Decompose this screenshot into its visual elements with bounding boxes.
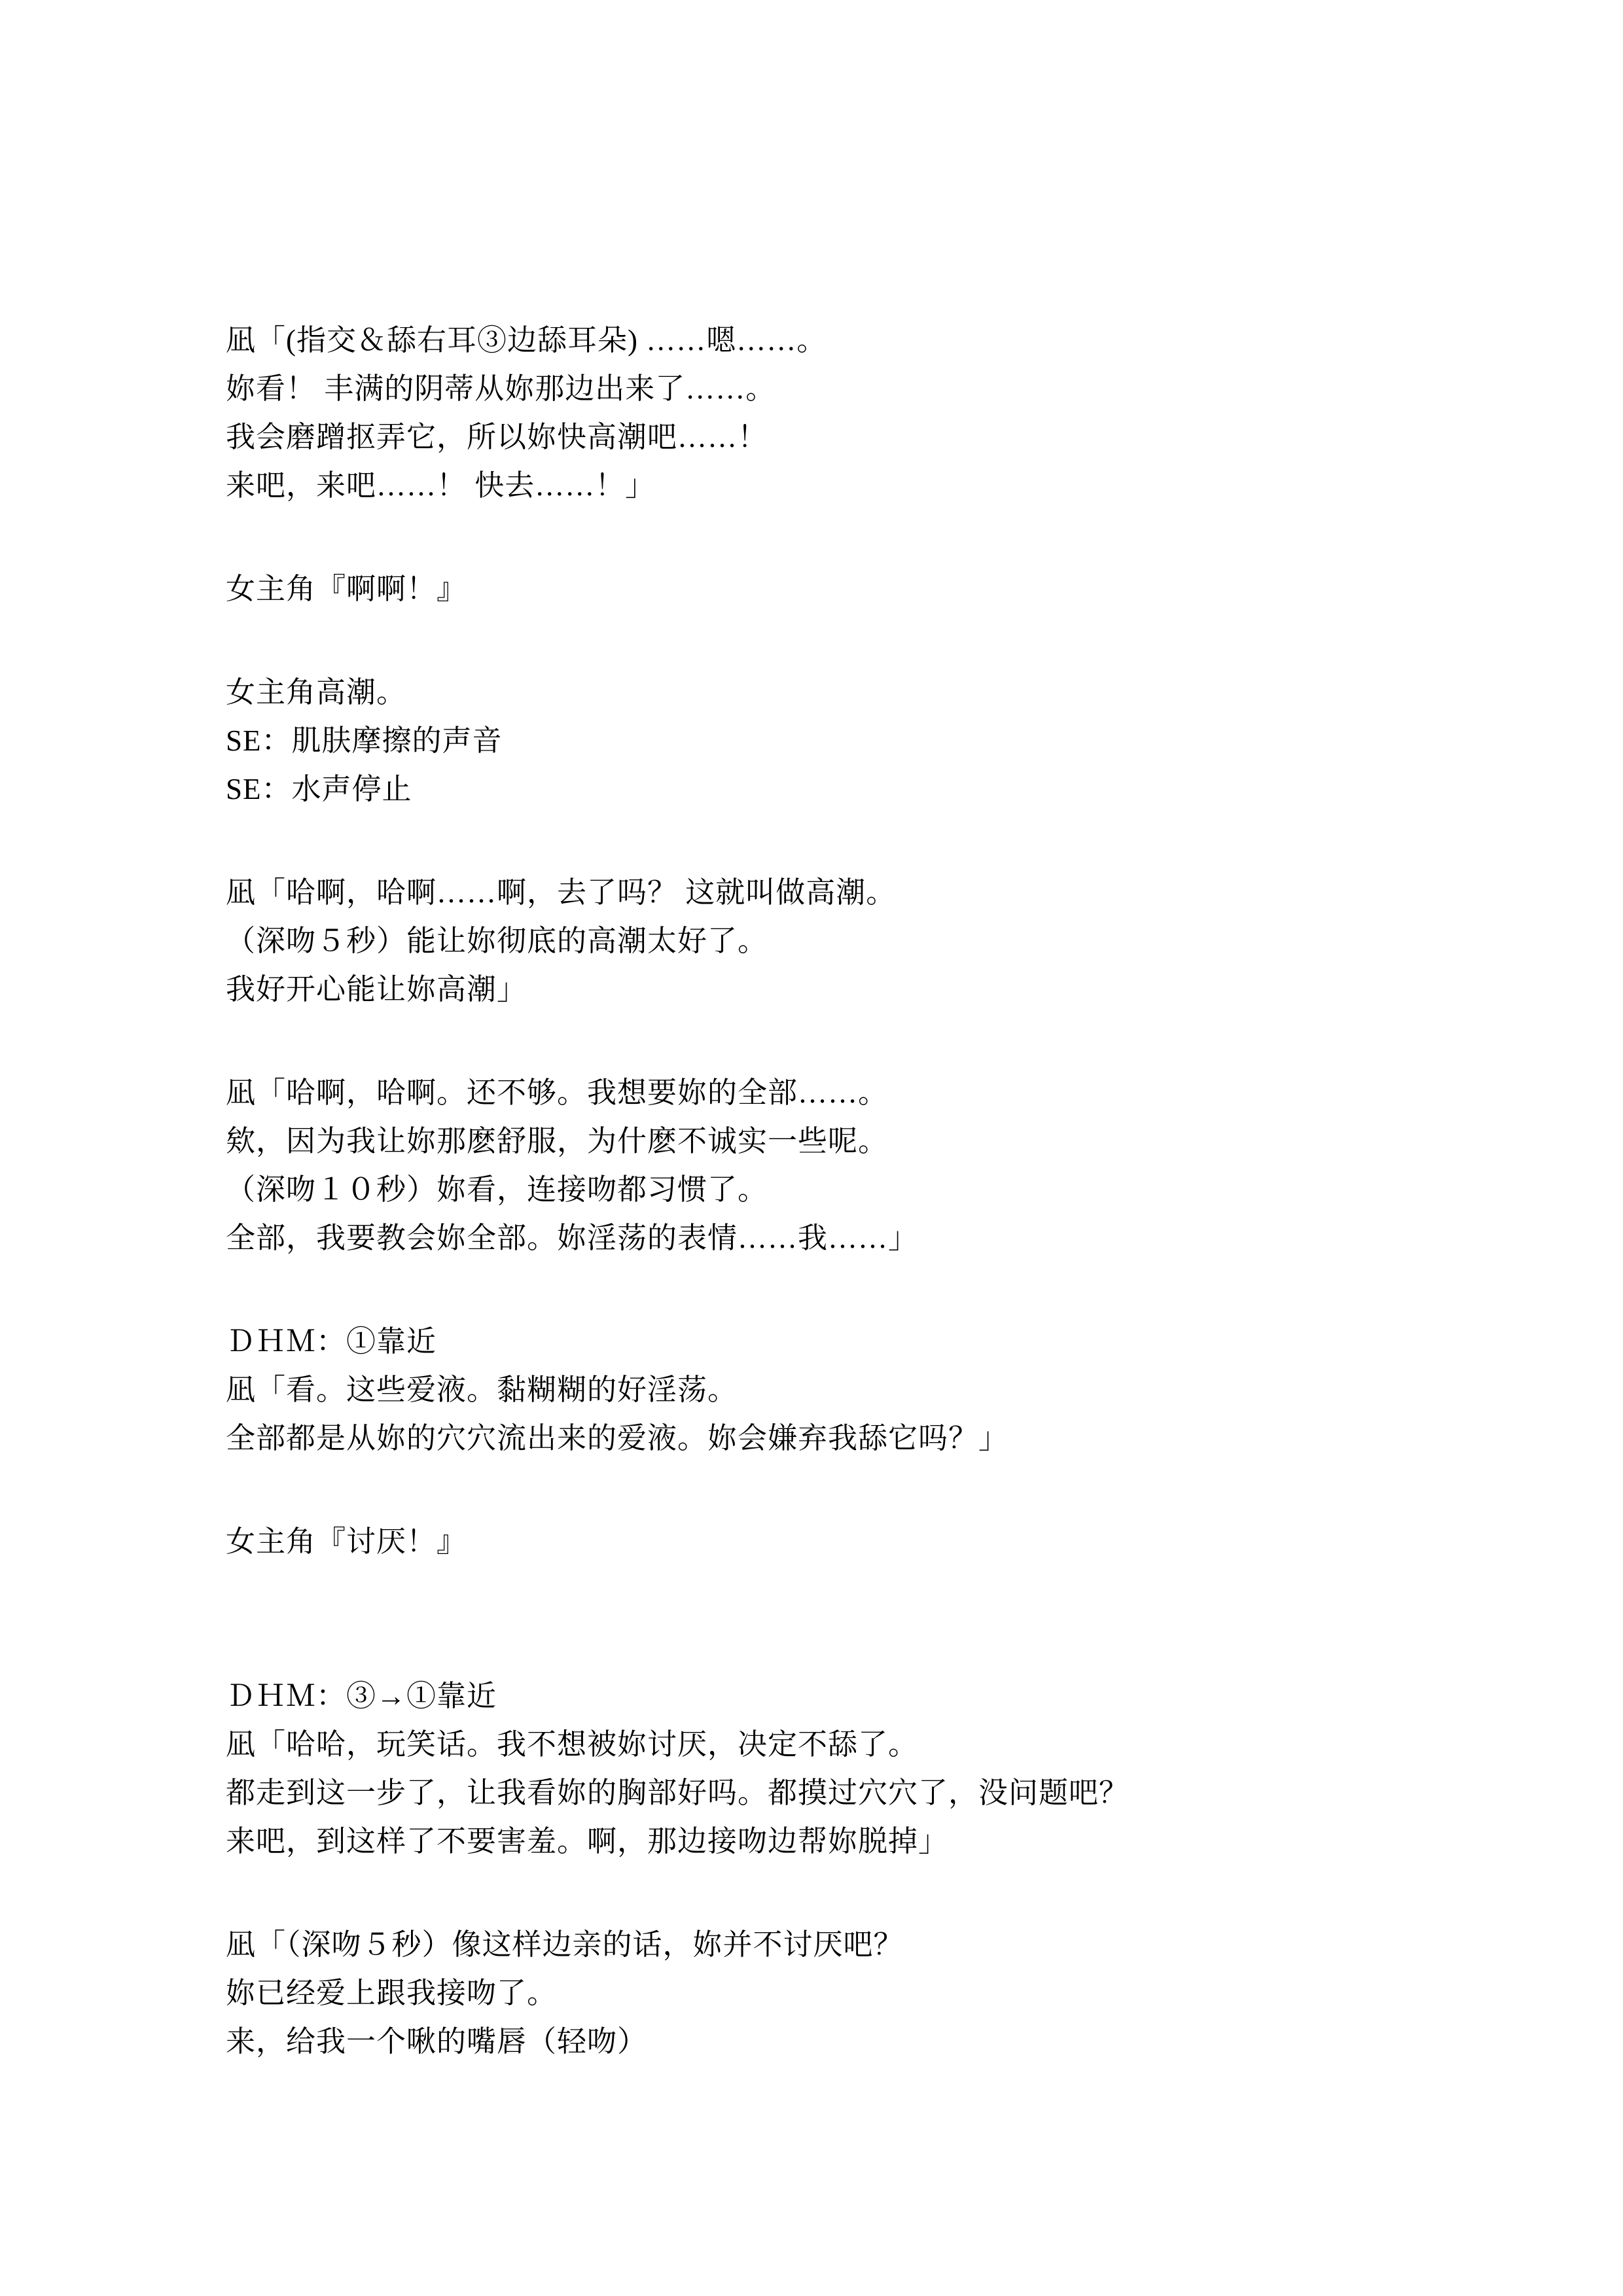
script-line: 凪「看。这些爱液。黏糊糊的好淫荡。 [226, 1366, 1404, 1414]
script-line: 凪「哈啊，哈啊。还不够。我想要妳的全部……。 [226, 1069, 1404, 1117]
script-line: 女主角『讨厌！』 [226, 1517, 1404, 1566]
script-line: SE：肌肤摩擦的声音 [226, 716, 1404, 765]
script-line: 女主角『啊啊！』 [226, 565, 1404, 613]
script-line: 我会磨蹭抠弄它，所以妳快高潮吧……！ [226, 413, 1404, 461]
script-paragraph: 女主角『啊啊！』 [226, 565, 1404, 613]
script-line: 凪「(指交＆舔右耳③边舔耳朵) ……嗯……。 [226, 316, 1404, 364]
script-line: 来，给我一个啾的嘴唇（轻吻） [226, 2017, 1404, 2066]
script-paragraph: ＤＨＭ：③→①靠近 凪「哈哈，玩笑话。我不想被妳讨厌，决定不舔了。 都走到这一步… [226, 1672, 1404, 1865]
script-line: ＤＨＭ：①靠近 [226, 1317, 1404, 1366]
script-line: 妳看！ 丰满的阴蒂从妳那边出来了……。 [226, 364, 1404, 413]
script-paragraph: 凪「(指交＆舔右耳③边舔耳朵) ……嗯……。 妳看！ 丰满的阴蒂从妳那边出来了…… [226, 316, 1404, 510]
script-paragraph: 女主角『讨厌！』 [226, 1517, 1404, 1566]
document-page: 凪「(指交＆舔右耳③边舔耳朵) ……嗯……。 妳看！ 丰满的阴蒂从妳那边出来了…… [0, 0, 1623, 2296]
script-paragraph: 凪「哈啊，哈啊。还不够。我想要妳的全部……。 欸，因为我让妳那麽舒服，为什麽不诚… [226, 1069, 1404, 1262]
script-paragraph: 女主角高潮。 SE：肌肤摩擦的声音 SE：水声停止 [226, 668, 1404, 813]
script-line: 都走到这一步了，让我看妳的胸部好吗。都摸过穴穴了，没问题吧？ [226, 1769, 1404, 1817]
script-line: 我好开心能让妳高潮」 [226, 965, 1404, 1014]
script-line: 来吧，来吧……！ 快去……！」 [226, 461, 1404, 510]
script-line: ＤＨＭ：③→①靠近 [226, 1672, 1404, 1720]
script-line: 全部都是从妳的穴穴流出来的爱液。妳会嫌弃我舔它吗？」 [226, 1414, 1404, 1462]
script-line: 凪「哈啊，哈啊……啊，去了吗？ 这就叫做高潮。 [226, 868, 1404, 917]
script-text: 凪「(指交＆舔右耳③边舔耳朵) ……嗯……。 妳看！ 丰满的阴蒂从妳那边出来了…… [226, 316, 1404, 2121]
script-line: SE：水声停止 [226, 765, 1404, 813]
script-line: 凪「哈哈，玩笑话。我不想被妳讨厌，决定不舔了。 [226, 1720, 1404, 1769]
script-line: 女主角高潮。 [226, 668, 1404, 716]
script-paragraph: 凪「哈啊，哈啊……啊，去了吗？ 这就叫做高潮。 （深吻５秒）能让妳彻底的高潮太好… [226, 868, 1404, 1014]
script-line: （深吻１０秒）妳看，连接吻都习惯了。 [226, 1165, 1404, 1214]
script-paragraph: 凪「（深吻５秒）像这样边亲的话，妳并不讨厌吧？ 妳已经爱上跟我接吻了。 来，给我… [226, 1920, 1404, 2066]
script-line: 妳已经爱上跟我接吻了。 [226, 1969, 1404, 2017]
script-line: （深吻５秒）能让妳彻底的高潮太好了。 [226, 917, 1404, 965]
script-line: 全部，我要教会妳全部。妳淫荡的表情……我……」 [226, 1214, 1404, 1262]
script-line: 来吧，到这样了不要害羞。啊，那边接吻边帮妳脱掉」 [226, 1817, 1404, 1865]
script-line: 欸，因为我让妳那麽舒服，为什麽不诚实一些呢。 [226, 1117, 1404, 1165]
script-paragraph: ＤＨＭ：①靠近 凪「看。这些爱液。黏糊糊的好淫荡。 全部都是从妳的穴穴流出来的爱… [226, 1317, 1404, 1462]
script-line: 凪「（深吻５秒）像这样边亲的话，妳并不讨厌吧？ [226, 1920, 1404, 1969]
